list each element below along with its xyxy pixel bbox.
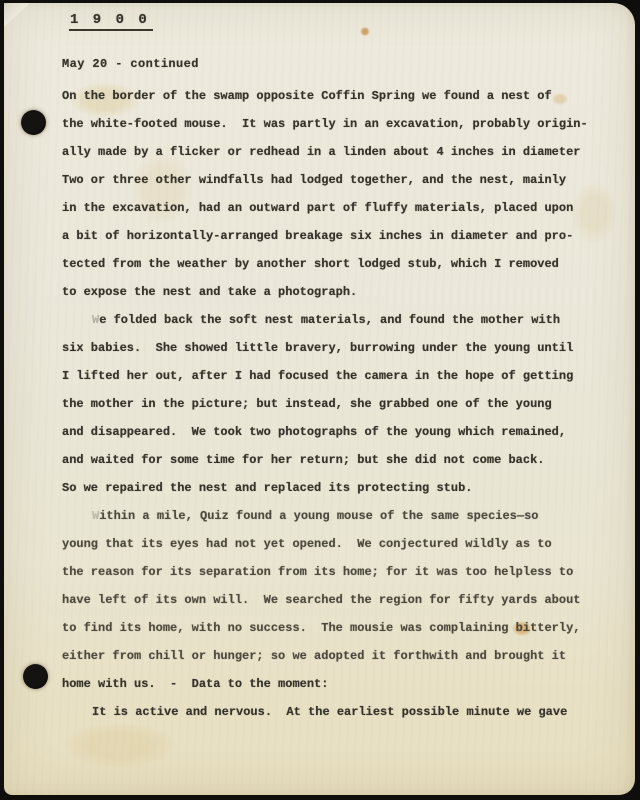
- stain-spot: [360, 27, 370, 36]
- typed-line: six babies. She showed little bravery, b…: [62, 334, 620, 362]
- stain-spot: [64, 723, 174, 767]
- typed-line: have left of its own will. We searched t…: [62, 586, 620, 614]
- typed-line: and disappeared. We took two photographs…: [62, 418, 620, 446]
- typed-line: I lifted her out, after I had focused th…: [62, 362, 620, 390]
- typed-line: young that its eyes had not yet opened. …: [62, 530, 620, 558]
- typed-line: the reason for its separation from its h…: [62, 558, 620, 586]
- typed-line: either from chill or hunger; so we adopt…: [62, 642, 620, 670]
- typed-line: home with us. - Data to the moment:: [62, 670, 620, 698]
- typed-line: to expose the nest and take a photograph…: [62, 278, 620, 306]
- typed-line: tected from the weather by another short…: [62, 250, 620, 278]
- typed-line: to find its home, with no success. The m…: [62, 614, 620, 642]
- typed-line: in the excavation, had an outward part o…: [62, 194, 620, 222]
- typed-line: Two or three other windfalls had lodged …: [62, 166, 620, 194]
- typed-line: So we repaired the nest and replaced its…: [62, 474, 620, 502]
- typed-line: Within a mile, Quiz found a young mouse …: [62, 502, 620, 530]
- hole-punch-bottom: [23, 664, 48, 689]
- typed-line: and waited for some time for her return;…: [62, 446, 620, 474]
- typed-line: We folded back the soft nest materials, …: [62, 306, 620, 334]
- typed-line: a bit of horizontally-arranged breakage …: [62, 222, 620, 250]
- hole-punch-top: [21, 110, 46, 135]
- typed-line: It is active and nervous. At the earlies…: [62, 698, 620, 726]
- scanned-journal-page: 1 9 0 0 May 20 - continued On the border…: [0, 0, 640, 800]
- journal-entry-text: On the border of the swamp opposite Coff…: [62, 82, 620, 726]
- typed-line: On the border of the swamp opposite Coff…: [62, 82, 620, 110]
- year-heading: 1 9 0 0: [69, 12, 153, 31]
- date-heading: May 20 - continued: [62, 57, 199, 71]
- typed-line: ally made by a flicker or redhead in a l…: [62, 138, 620, 166]
- typed-line: the mother in the picture; but instead, …: [62, 390, 620, 418]
- typed-line: the white-footed mouse. It was partly in…: [62, 110, 620, 138]
